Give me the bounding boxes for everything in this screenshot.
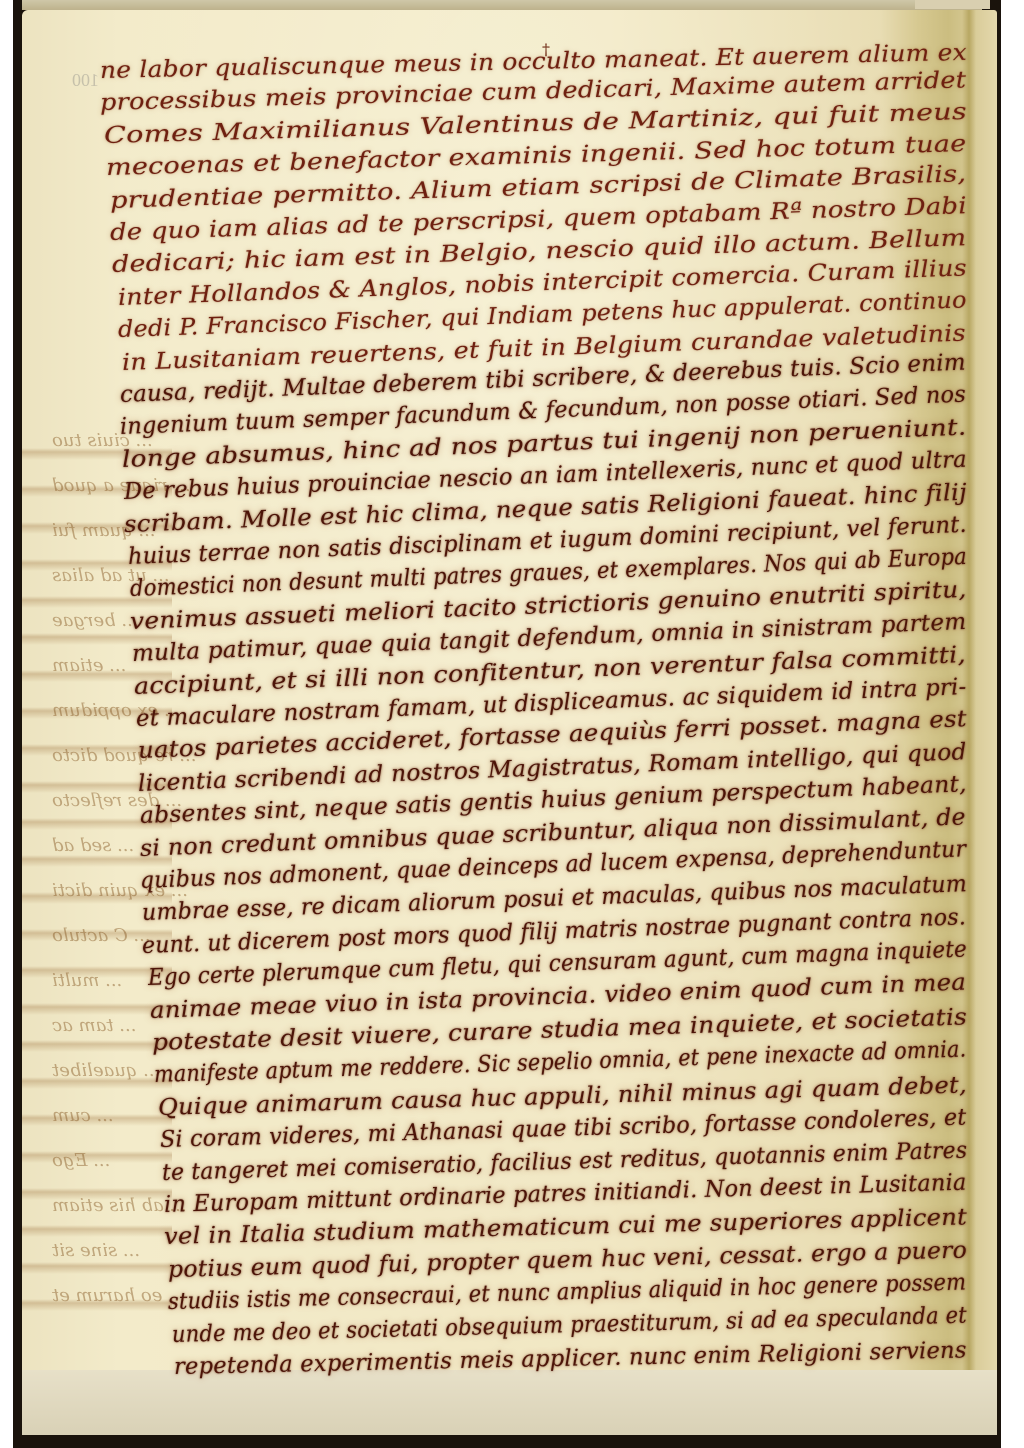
binding-edge-top xyxy=(22,0,982,10)
manuscript-text: ne labor qualiscunque meus in occulto ma… xyxy=(22,10,997,1435)
binding-edge-top-right xyxy=(915,0,990,9)
manuscript-page: † 100 ... ciuis tuo... rique a quod... q… xyxy=(22,10,997,1435)
